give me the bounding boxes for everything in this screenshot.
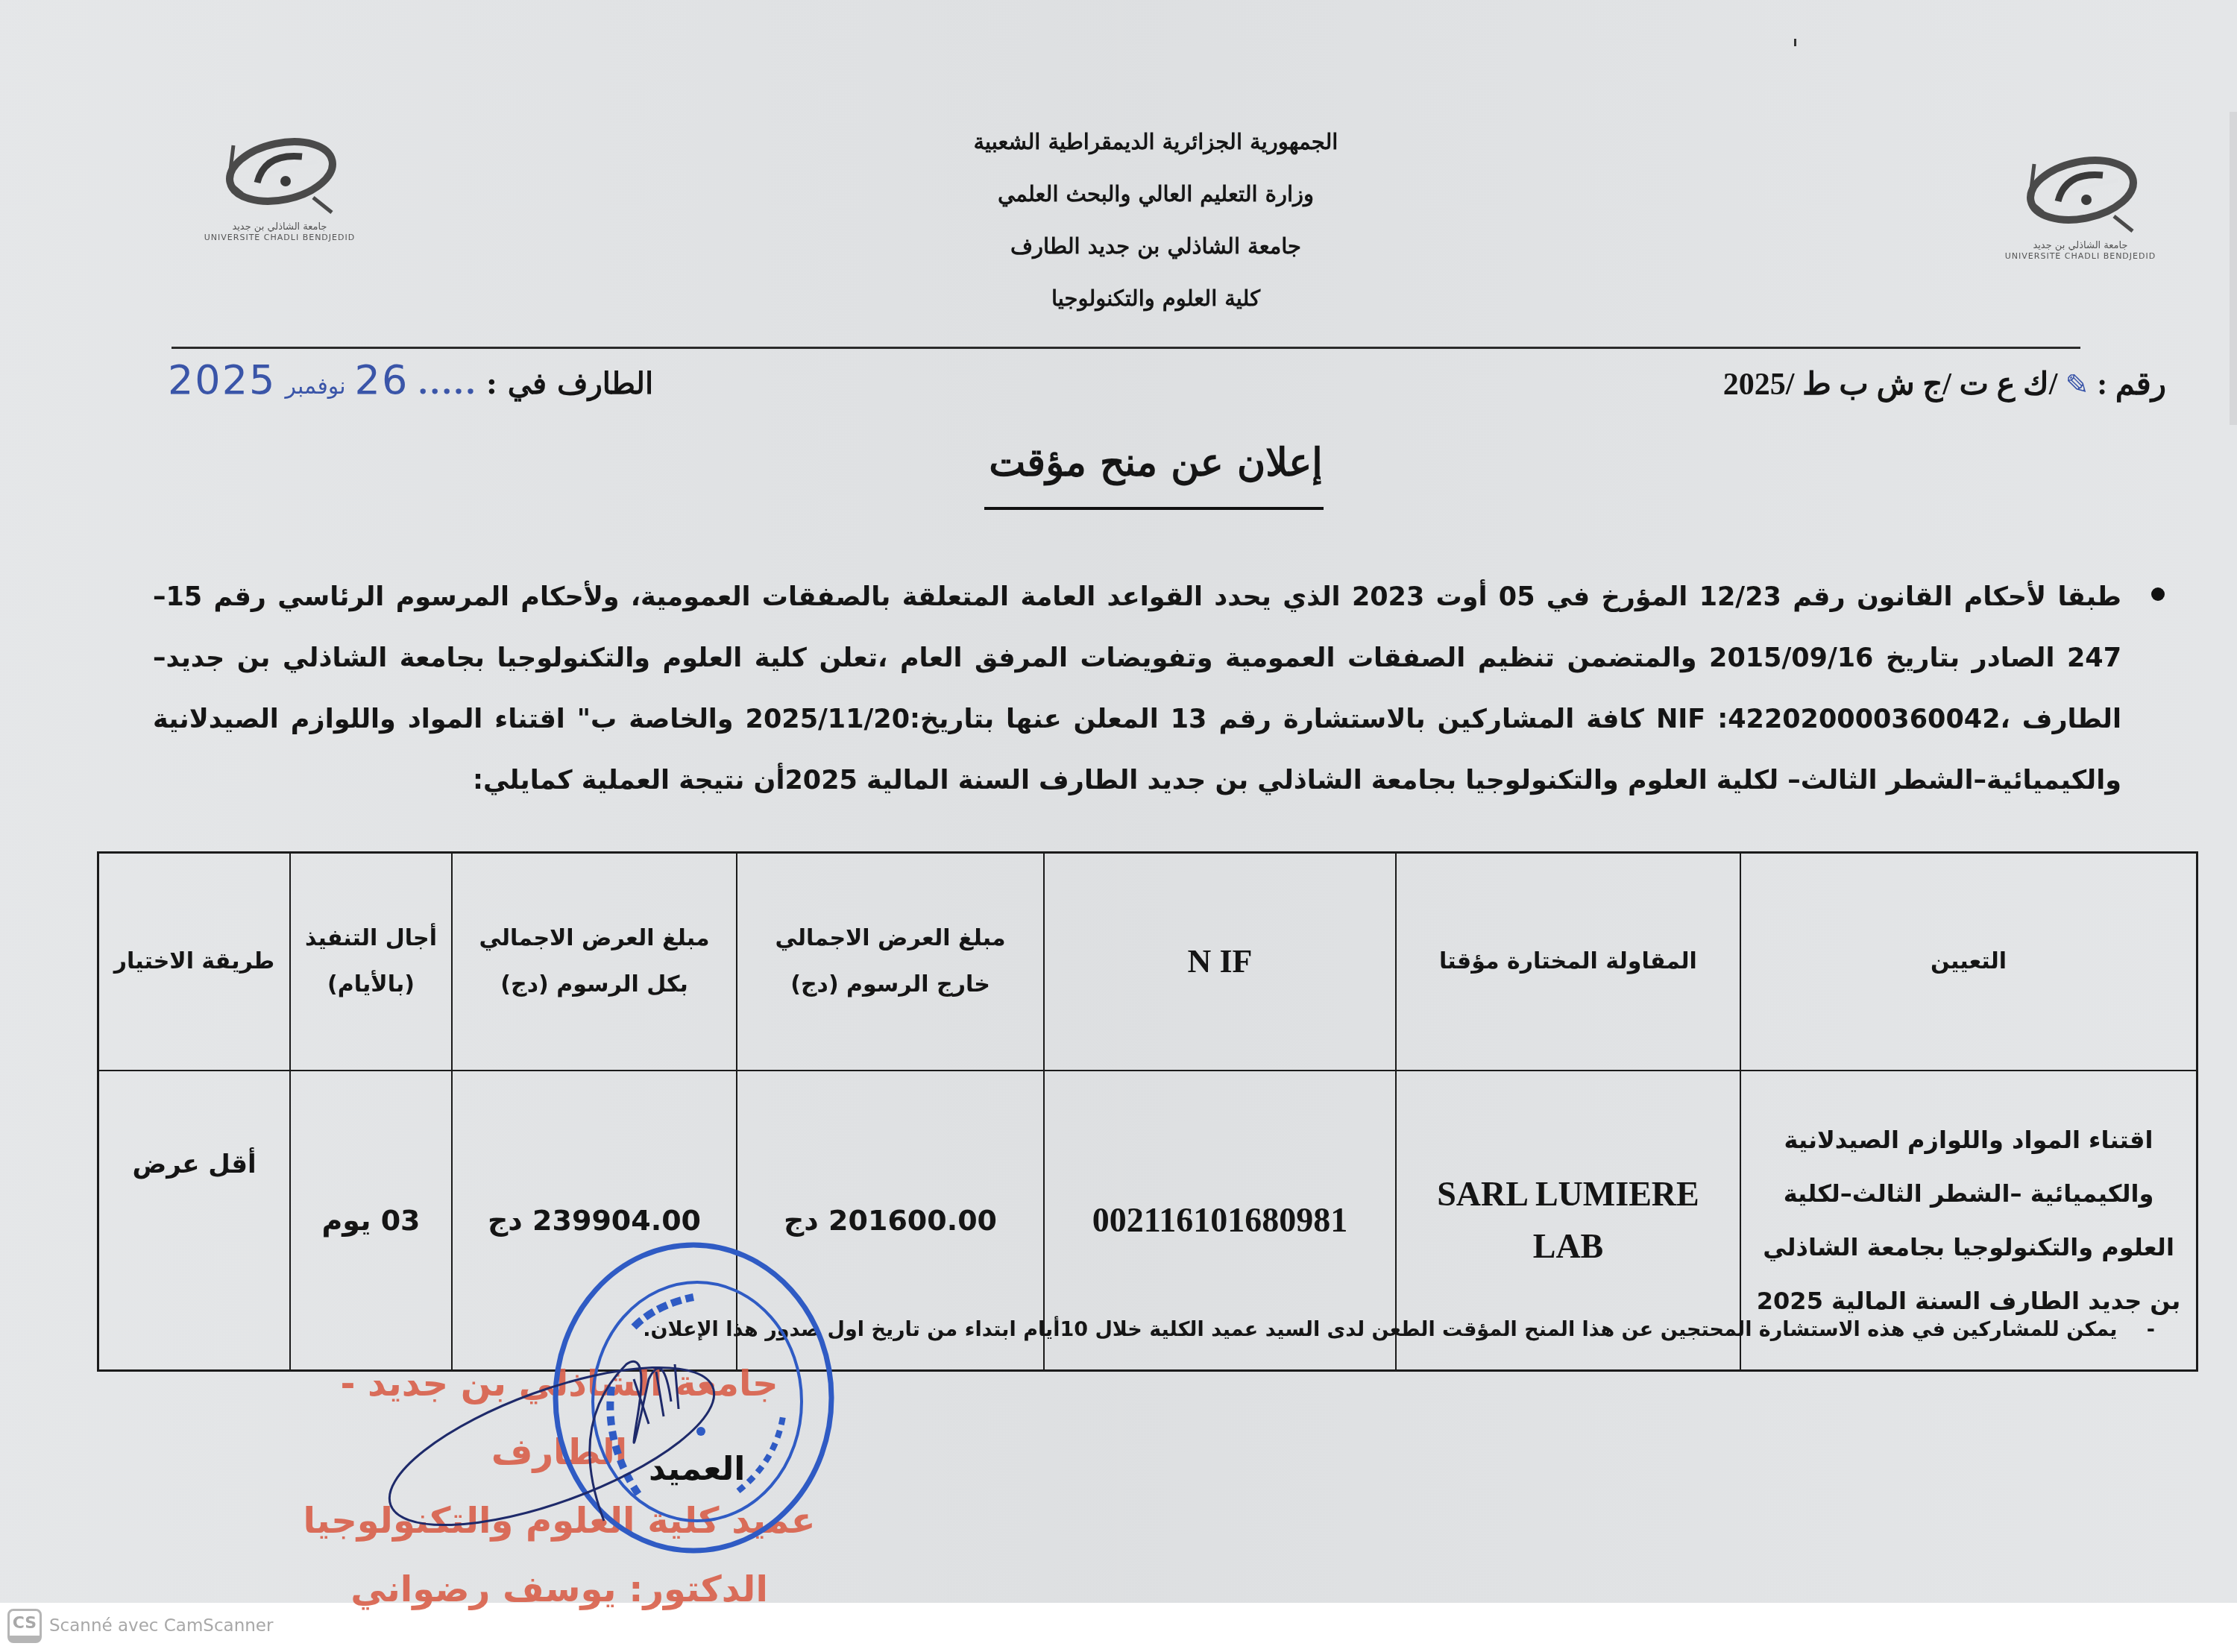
header-separator: [172, 347, 2080, 349]
date-month: نوفمبر: [285, 373, 345, 400]
date-day: 26: [355, 356, 409, 403]
col-designation: التعيين: [1740, 853, 2197, 1071]
award-table: التعيين المقاولة المختارة مؤقتا N IF مبل…: [97, 851, 2198, 1372]
date-year: 2025: [168, 356, 276, 403]
cell-delay: 03 يوم: [290, 1071, 452, 1371]
scan-speck: [1794, 39, 1796, 46]
logo-french-text: UNIVERSITE CHADLI BENDJEDID: [2005, 251, 2156, 261]
announcement-text: طبقا لأحكام القانون رقم 12/23 المؤرخ في …: [153, 582, 2121, 795]
header-republic: الجمهورية الجزائرية الديمقراطية الشعبية: [895, 116, 1417, 168]
header-university: جامعة الشاذلي بن جديد الطارف: [895, 220, 1417, 272]
col-amount-ht: مبلغ العرض الاجمالي خارج الرسوم (دج): [737, 853, 1044, 1071]
document-title: إعلان عن منح مؤقت: [984, 440, 1327, 485]
bullet-icon: [2151, 587, 2165, 601]
date-label: الطارف في :: [486, 366, 653, 401]
logo-arabic-text: جامعة الشاذلي بن جديد: [232, 221, 327, 233]
university-logo-icon: [213, 130, 347, 220]
stamp-line-name: الدكتور: يوسف رضواني: [291, 1555, 828, 1624]
reference-label: رقم :: [2097, 368, 2166, 402]
camscanner-logo-icon: CS: [7, 1609, 42, 1643]
logo-french-text: UNIVERSITE CHADLI BENDJEDID: [204, 233, 355, 242]
reference-number: رقم : ✎ /ك ع ت /ج ش ب ط /2025: [1723, 365, 2166, 403]
camscanner-watermark: CS Scanné avec CamScanner: [7, 1609, 273, 1643]
signature-icon: [380, 1334, 753, 1528]
reference-suffix: /ك ع ت /ج ش ب ط /2025: [1723, 368, 2058, 402]
watermark-text: Scanné avec CamScanner: [49, 1616, 273, 1636]
page-edge: [2230, 112, 2237, 425]
university-logo-left: جامعة الشاذلي بن جديد UNIVERSITE CHADLI …: [183, 130, 377, 265]
government-header: الجمهورية الجزائرية الديمقراطية الشعبية …: [895, 116, 1417, 324]
announcement-paragraph: طبقا لأحكام القانون رقم 12/23 المؤرخ في …: [153, 567, 2121, 811]
logo-arabic-text: جامعة الشاذلي بن جديد: [2033, 240, 2127, 251]
col-amount-ttc: مبلغ العرض الاجمالي بكل الرسوم (دج): [452, 853, 737, 1071]
title-underline: [984, 507, 1324, 510]
note-text: يمكن للمشاركين في هذه الاستشارة المحتجين…: [643, 1318, 2117, 1341]
appeal-note: - يمكن للمشاركين في هذه الاستشارة المحتج…: [643, 1318, 2155, 1341]
col-delay: أجال التنفيذ (بالأيام): [290, 853, 452, 1071]
note-dash: -: [2147, 1318, 2155, 1341]
header-faculty: كلية العلوم والتكنولوجيا: [895, 272, 1417, 324]
university-logo-icon: [2013, 149, 2148, 239]
date-dots: .....: [418, 366, 477, 401]
col-nif: N IF: [1044, 853, 1396, 1071]
cell-selection-method: أقل عرض: [98, 1071, 291, 1371]
header-ministry: وزارة التعليم العالي والبحث العلمي: [895, 168, 1417, 220]
col-company: المقاولة المختارة مؤقتا: [1396, 853, 1740, 1071]
reference-handwritten-number: ✎: [2065, 368, 2089, 401]
university-logo-right: جامعة الشاذلي بن جديد UNIVERSITE CHADLI …: [1983, 149, 2177, 283]
table-header-row: التعيين المقاولة المختارة مؤقتا N IF مبل…: [98, 853, 2197, 1071]
place-and-date: الطارف في : ..... 26 نوفمبر 2025: [168, 356, 653, 403]
col-selection-method: طريقة الاختيار: [98, 853, 291, 1071]
